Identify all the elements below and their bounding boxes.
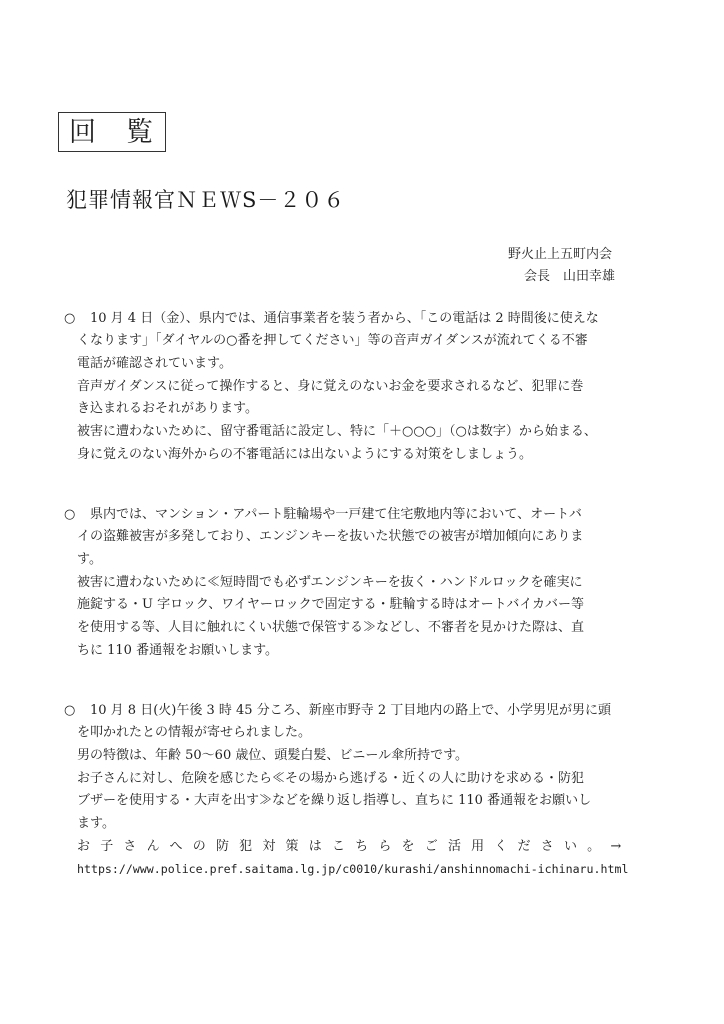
circle-bullet-icon: ○: [64, 308, 90, 330]
section-line: ○10 月 8 日(火)午後 3 時 45 分ころ、新座市野寺 2 丁目地内の路…: [64, 700, 611, 722]
circular-notice-label: 回 覧: [58, 112, 166, 152]
section-line: 男の特徴は、年齢 50～60 歳位、頭髪白髪、ビニール傘所持です。: [77, 745, 468, 767]
section-line: ます。: [77, 813, 115, 835]
section-line: き込まれるおそれがあります。: [77, 398, 258, 420]
section-line: ブザーを使用する・大声を出す≫などを繰り返し指導し、直ちに 110 番通報をお願…: [77, 790, 591, 812]
section-line: 身に覚えのない海外からの不審電話には出ないようにする対策をしましょう。: [77, 444, 532, 466]
circular-label-char-2: 覧: [126, 119, 153, 146]
section-line: を使用する等、人目に触れにくい状態で保管する≫などし、不審者を見かけた際は、直: [77, 617, 584, 639]
circular-label-char-1: 回: [69, 119, 96, 146]
police-url-link[interactable]: https://www.police.pref.saitama.lg.jp/c0…: [77, 858, 628, 880]
section-line: す。: [77, 549, 102, 571]
section-line: ○10 月 4 日（金）、県内では、通信事業者を装う者から、「この電話は 2 時…: [64, 308, 599, 330]
circle-bullet-icon: ○: [64, 504, 90, 526]
document-title: 犯罪情報官ＮＥＷS－２０６: [66, 184, 345, 214]
section-text: 10 月 4 日（金）、県内では、通信事業者を装う者から、「この電話は 2 時間…: [90, 311, 599, 326]
circle-bullet-icon: ○: [64, 700, 90, 722]
section-line: 施錠する・U 字ロック、ワイヤーロックで固定する・駐輪する時はオートバイカバー等: [77, 594, 584, 616]
section-line: 音声ガイダンスに従って操作すると、身に覚えのないお金を要求されるなど、犯罪に巻: [77, 376, 583, 398]
section-line: ちに 110 番通報をお願いします。: [77, 640, 278, 662]
section-line: お子さんに対し、危険を感じたら≪その場から逃げる・近くの人に助けを求める・防犯: [77, 768, 584, 790]
sender-chair: 会長 山田幸雄: [508, 266, 615, 288]
section-line: 電話が確認されています。: [77, 353, 232, 375]
section-line: を叩かれたとの情報が寄せられました。: [77, 722, 311, 744]
section-line: お子さんへの防犯対策はこちらをご活用ください。→: [77, 836, 631, 858]
section-line: 被害に遭わないために、留守番電話に設定し、特に「＋○○○」（○は数字）から始まる…: [77, 421, 597, 443]
section-line: ○県内では、マンション・アパート駐輪場や一戸建て住宅敷地内等において、オートバ: [64, 504, 582, 526]
section-line: 被害に遭わないために≪短時間でも必ずエンジンキーを抜く・ハンドルロックを確実に: [77, 572, 582, 594]
section-line: イの盗難被害が多発しており、エンジンキーを抜いた状態での被害が増加傾向にありま: [77, 526, 583, 548]
section-text: 10 月 8 日(火)午後 3 時 45 分ころ、新座市野寺 2 丁目地内の路上…: [90, 703, 611, 718]
section-line: くなります」「ダイヤルの○番を押してください」等の音声ガイダンスが流れてくる不審: [77, 330, 588, 352]
sender-block: 野火止上五町内会 会長 山田幸雄: [508, 244, 615, 288]
section-text: 県内では、マンション・アパート駐輪場や一戸建て住宅敷地内等において、オートバ: [90, 507, 582, 522]
sender-organization: 野火止上五町内会: [508, 244, 615, 266]
